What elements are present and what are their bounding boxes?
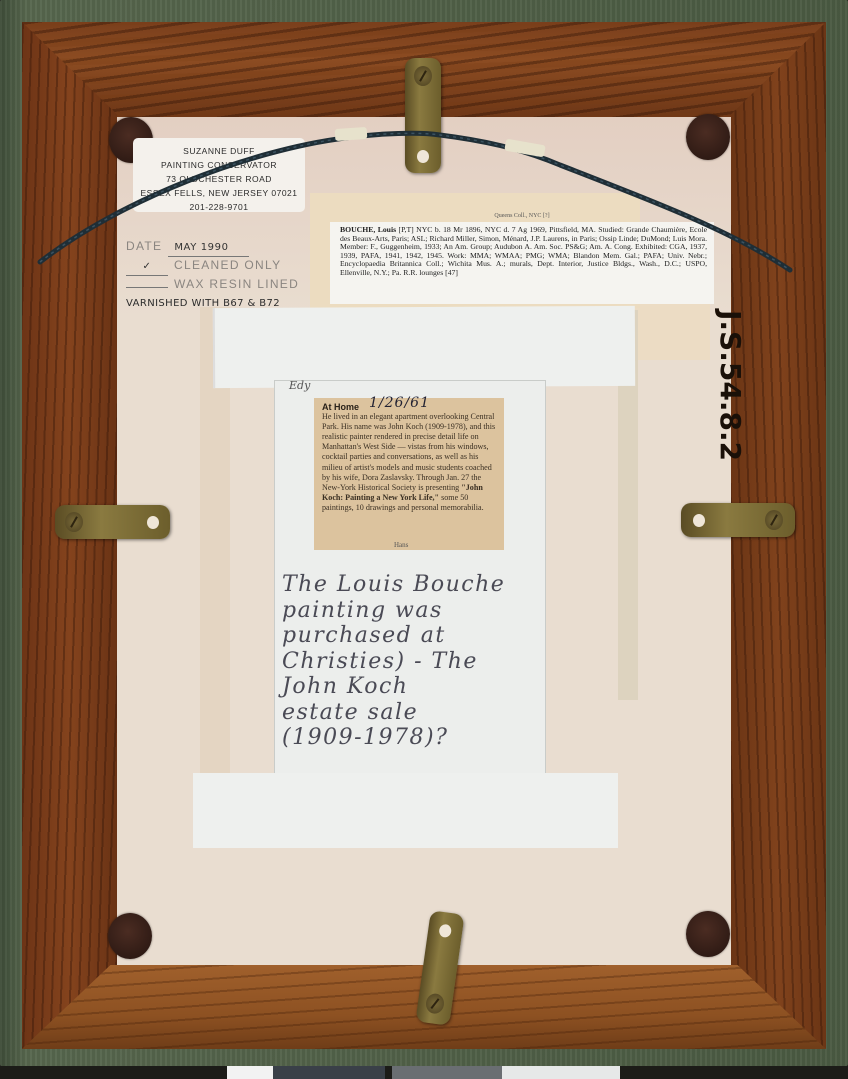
calibration-dark-patch [273,1066,385,1079]
inventory-number: J.S.54.8.2 [702,310,758,350]
calibration-light-patch [502,1066,620,1079]
hanging-wire [0,0,848,1079]
calibration-gray-patch [392,1066,502,1079]
calibration-white-patch [227,1066,273,1079]
